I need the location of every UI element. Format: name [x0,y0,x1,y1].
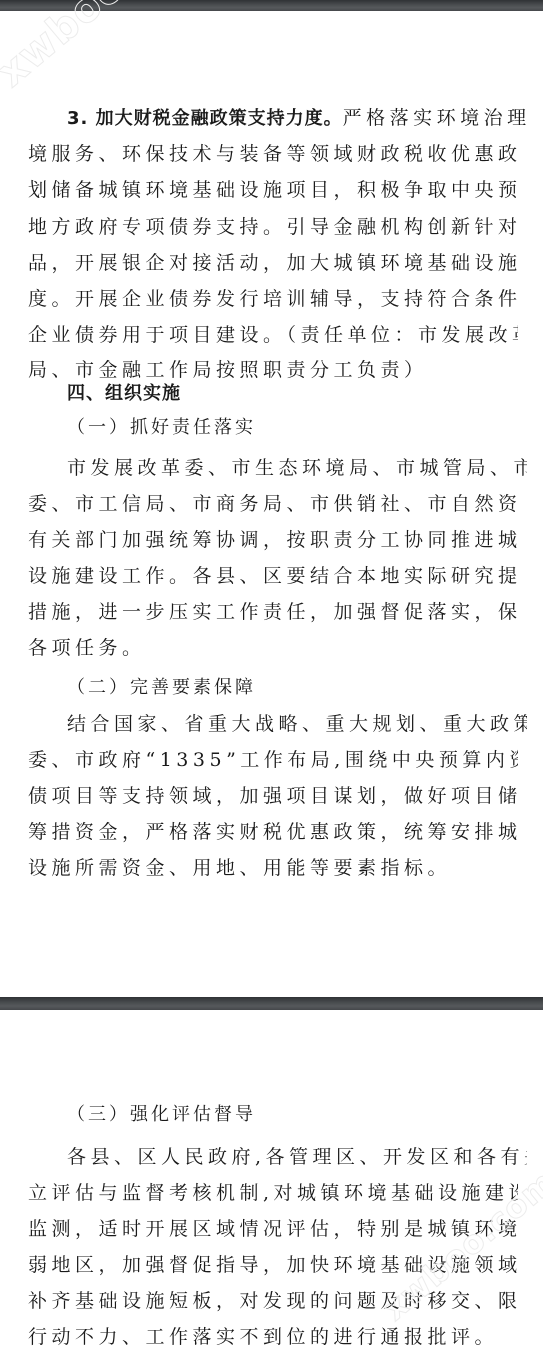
sub1-line-2: 委、市工信局、市商务局、市供销社、市自然资源规划局等 [28,486,518,522]
section3-line-1: 3. 加大财税金融政策支持力度。严格落实环境治理、环 [67,100,527,136]
sub1-line-5: 措施，进一步压实工作责任，加强督促落实，保质保量完成 [28,594,518,630]
section3-lead-text: 严格落实环境治理、环 [343,107,527,129]
sub2-line-2: 委、市政府“1335”工作布局,围绕中央预算内资金、专项 [28,742,518,778]
sub3-line-4: 弱地区，加强督促指导，加快环境基础设施领域项目建设， [28,1247,518,1283]
page-separator [0,997,543,1010]
sub3-line-2: 立评估与监督考核机制,对城镇环境基础设施建设展开动态 [28,1175,518,1211]
page-top-separator [0,0,543,11]
sub2-line-5: 设施所需资金、用地、用能等要素指标。 [28,850,518,886]
sub3-line-3: 监测，适时开展区域情况评估，特别是城镇环境基础设施薄 [28,1211,518,1247]
section3-line-4: 地方政府专项债券支持。引导金融机构创新针对性金融产 [28,209,518,245]
section3-line-5: 品，开展银企对接活动，加大城镇环境基础设施信贷倾斜力 [28,245,518,281]
sub1-line-6: 各项任务。 [28,630,518,666]
section3-line-3: 划储备城镇环境基础设施项目，积极争取中央预算内资金、 [28,172,518,208]
section3-line-2: 境服务、环保技术与装备等领域财政税收优惠政策。精准谋 [28,136,518,172]
sub2-line-1: 结合国家、省重大战略、重大规划、重大政策，服务市 [67,706,527,742]
section3-lead-bold: 3. 加大财税金融政策支持力度。 [67,108,343,129]
sub2-line-4: 筹措资金，严格落实财税优惠政策，统筹安排城镇环境基础 [28,814,518,850]
sub3-line-5: 补齐基础设施短板，对发现的问题及时移交、限时整改,对 [28,1283,518,1319]
sub1-line-3: 有关部门加强统筹协调，按职责分工协同推进城镇环境基础 [28,522,518,558]
sub3-line-1: 各县、区人民政府,各管理区、开发区和各有关部门建 [67,1139,527,1175]
sub2-line-3: 债项目等支持领域，加强项目谋划，做好项目储备，多渠道 [28,778,518,814]
sub1-heading: （一）抓好责任落实 [67,410,527,446]
sub1-line-4: 设施建设工作。各县、区要结合本地实际研究提出细化工作 [28,558,518,594]
sub1-line-1: 市发展改革委、市生态环境局、市城管局、市卫生健康 [67,450,527,486]
section3-line-6: 度。开展企业债券发行培训辅导，支持符合条件的企业发行 [28,281,518,317]
section3-line-7: 企业债券用于项目建设。（责任单位：市发展改革委、财政 [28,317,518,353]
sub2-heading: （二）完善要素保障 [67,670,527,706]
sub3-line-6: 行动不力、工作落实不到位的进行通报批评。 [28,1319,518,1354]
chapter-heading: 四、组织实施 [67,376,527,412]
watermark: xwboo.com [0,0,220,96]
sub3-heading: （三）强化评估督导 [67,1097,527,1133]
